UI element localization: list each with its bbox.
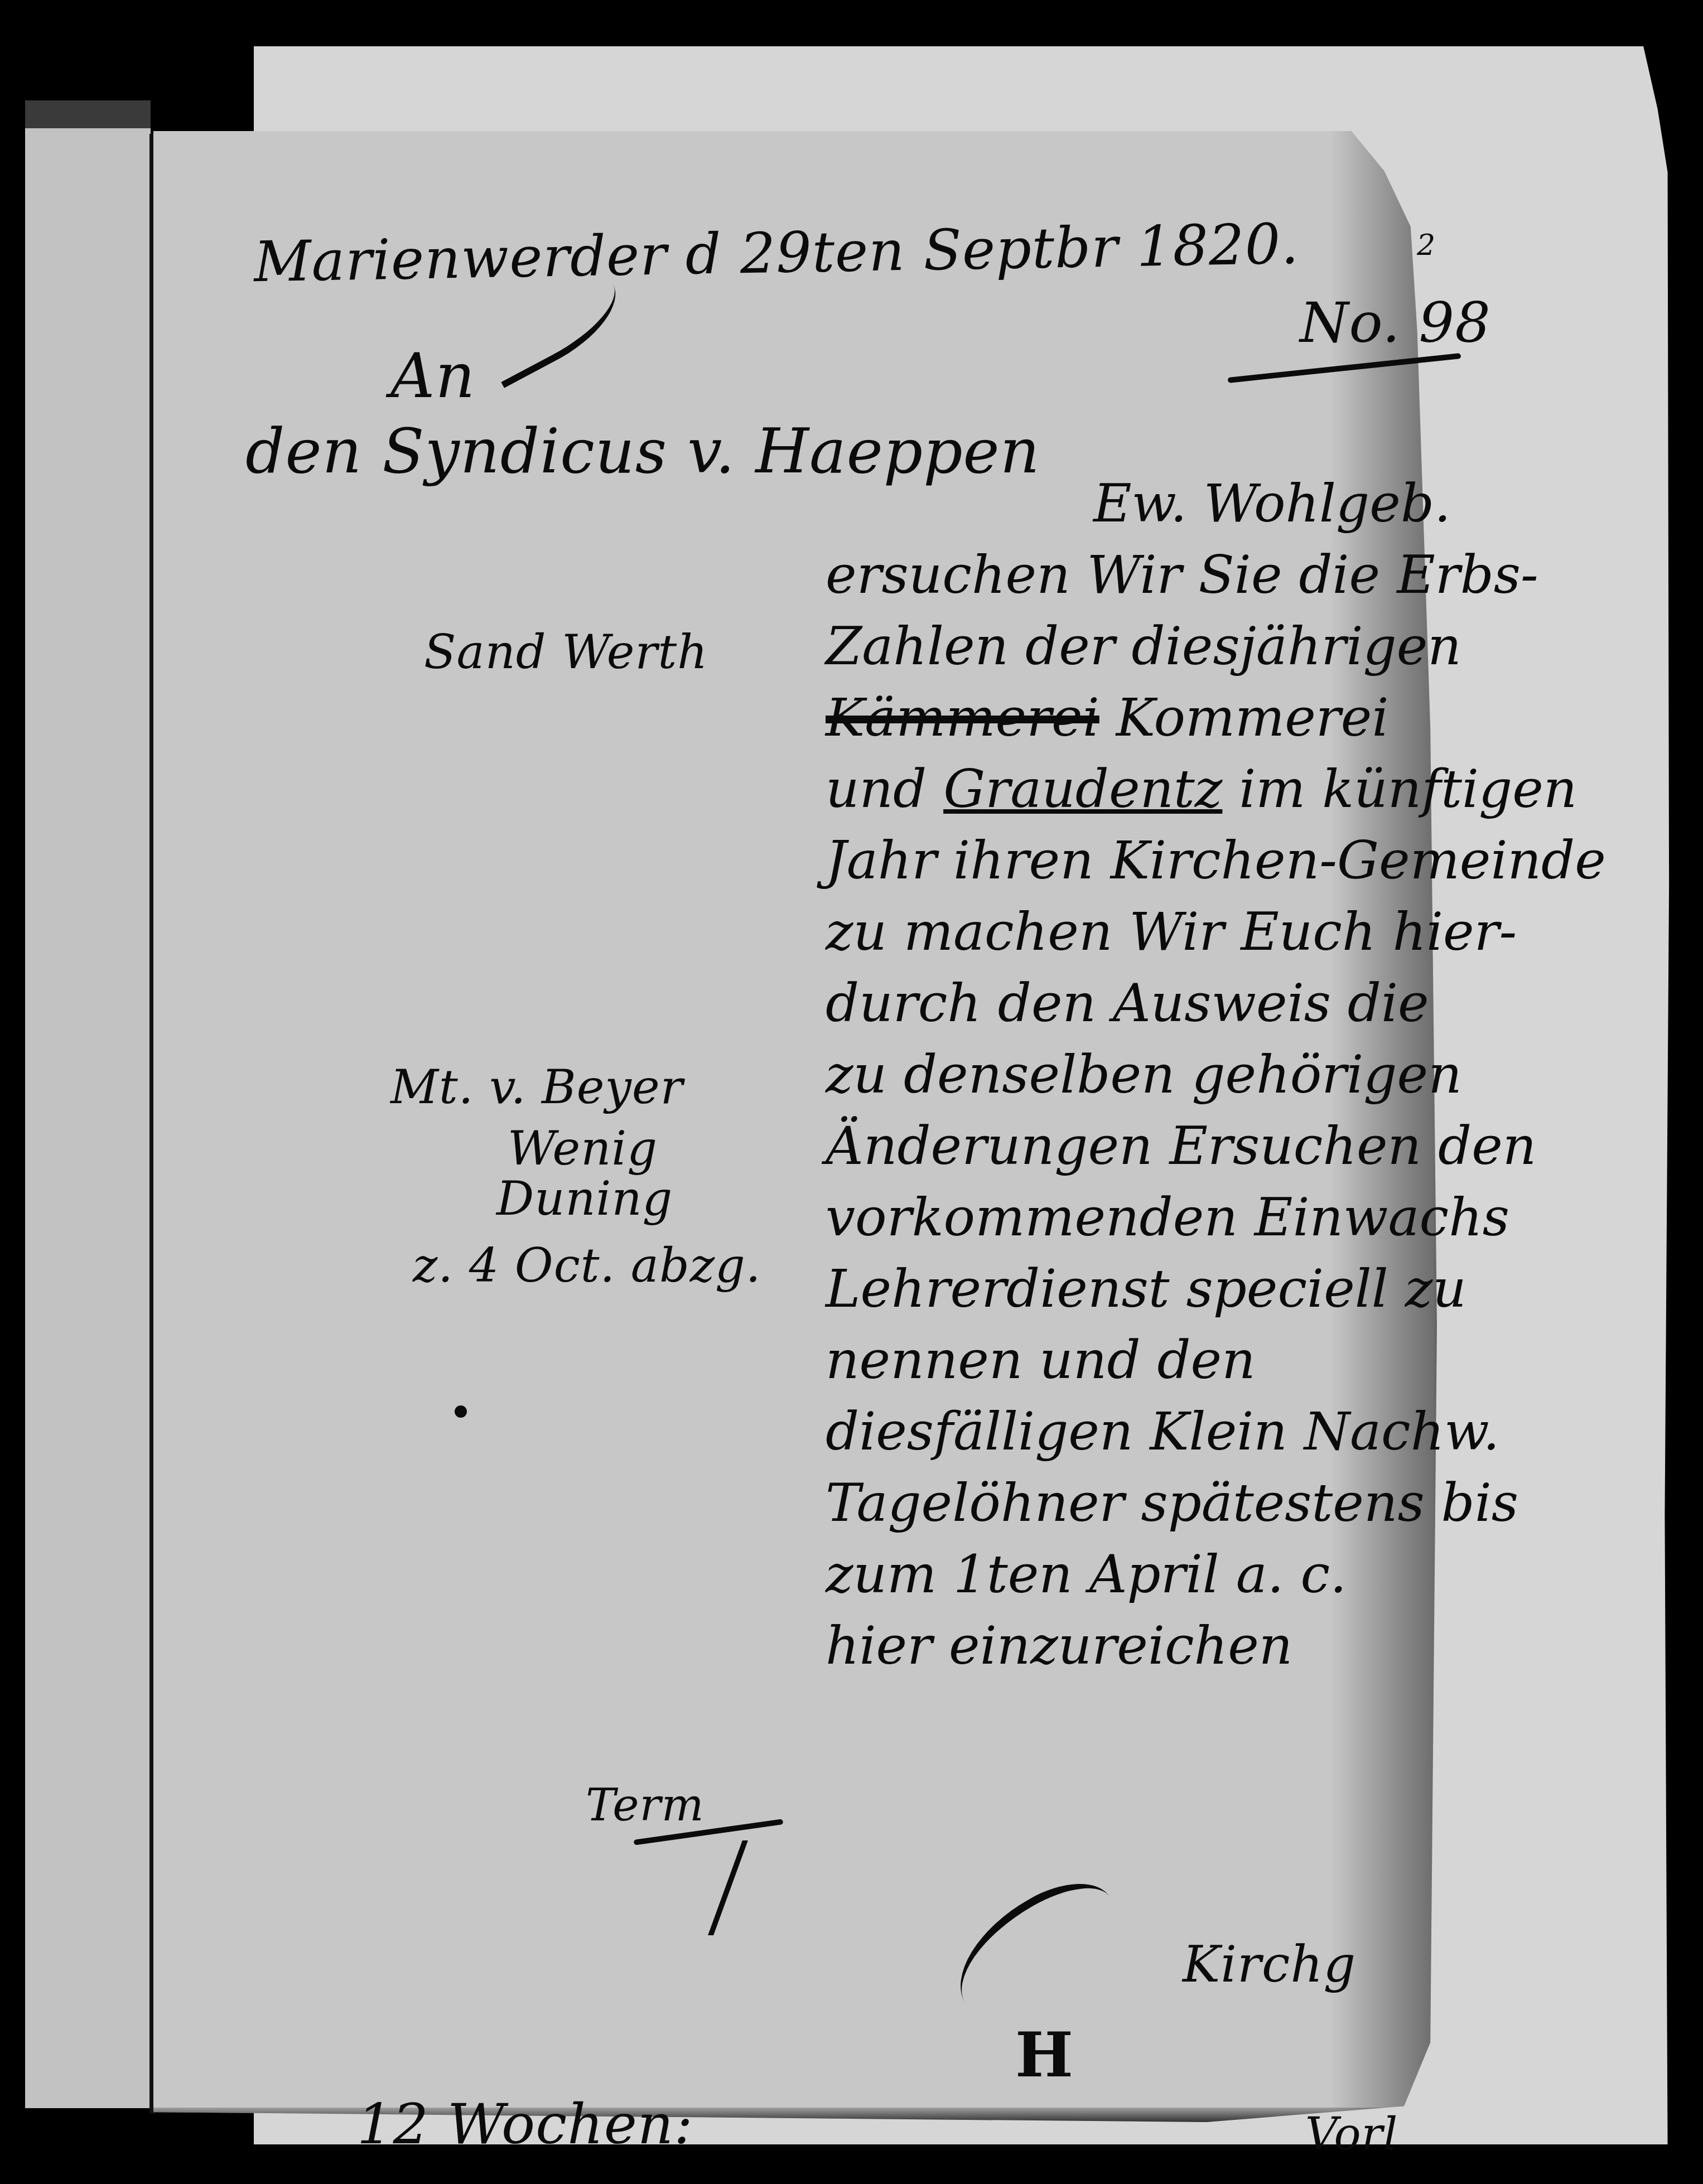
body-line: zu machen Wir Euch hier- — [826, 897, 1495, 968]
h-mark: H — [1015, 2019, 1074, 2091]
margin-note: z. 4 Oct. abzg. — [413, 1238, 761, 1293]
body-line: nennen und den — [826, 1325, 1495, 1397]
page-number: 2 — [1417, 229, 1436, 262]
margin-note: Duning — [496, 1171, 673, 1226]
body-line-struck: Kämmerei Kommerei — [826, 683, 1495, 754]
body-line: vorkommenden Einwachs — [826, 1182, 1495, 1254]
body-line: Änderungen Ersuchen den — [826, 1111, 1495, 1182]
binding-strip — [25, 100, 151, 2108]
file-number: No. 98 — [1300, 290, 1491, 355]
bottom-right-note: Vorl — [1305, 2108, 1398, 2160]
body-line: und Graudentz im künftigen — [826, 754, 1495, 825]
body-line: Tagelöhner spätestens bis — [826, 1468, 1495, 1539]
body-line: Jahr ihren Kirchen-Gemeinde — [826, 825, 1495, 897]
body-line: durch den Ausweis die — [826, 968, 1495, 1040]
letter-body: Ew. Wohlgeb. ersuchen Wir Sie die Erbs- … — [826, 468, 1495, 1682]
body-line: diesfälligen Klein Nachw. — [826, 1397, 1495, 1468]
ink-blot — [455, 1405, 467, 1418]
closing-word: Kirchg — [1183, 1935, 1356, 1994]
body-line: zum 1ten April a. c. — [826, 1539, 1495, 1611]
binding-strip-shadow — [25, 100, 151, 128]
underlined-word: Graudentz — [943, 759, 1222, 820]
margin-note: Mt. v. Beyer — [390, 1060, 683, 1114]
body-line: Lehrerdienst speciell zu — [826, 1254, 1495, 1325]
salutation: Ew. Wohlgeb. — [826, 468, 1495, 540]
struck-word: Kämmerei — [826, 688, 1099, 748]
body-line: Zahlen der diesjährigen — [826, 611, 1495, 683]
margin-note: 12 Wochen: — [357, 2091, 693, 2157]
body-line: zu denselben gehörigen — [826, 1040, 1495, 1111]
body-line: hier einzureichen — [826, 1611, 1495, 1682]
margin-note: Sand Werth — [424, 625, 708, 679]
margin-note: Wenig — [508, 1121, 658, 1176]
margin-note: Term — [586, 1779, 705, 1831]
body-line: ersuchen Wir Sie die Erbs- — [826, 540, 1495, 611]
addressee-prefix: An — [390, 340, 475, 412]
